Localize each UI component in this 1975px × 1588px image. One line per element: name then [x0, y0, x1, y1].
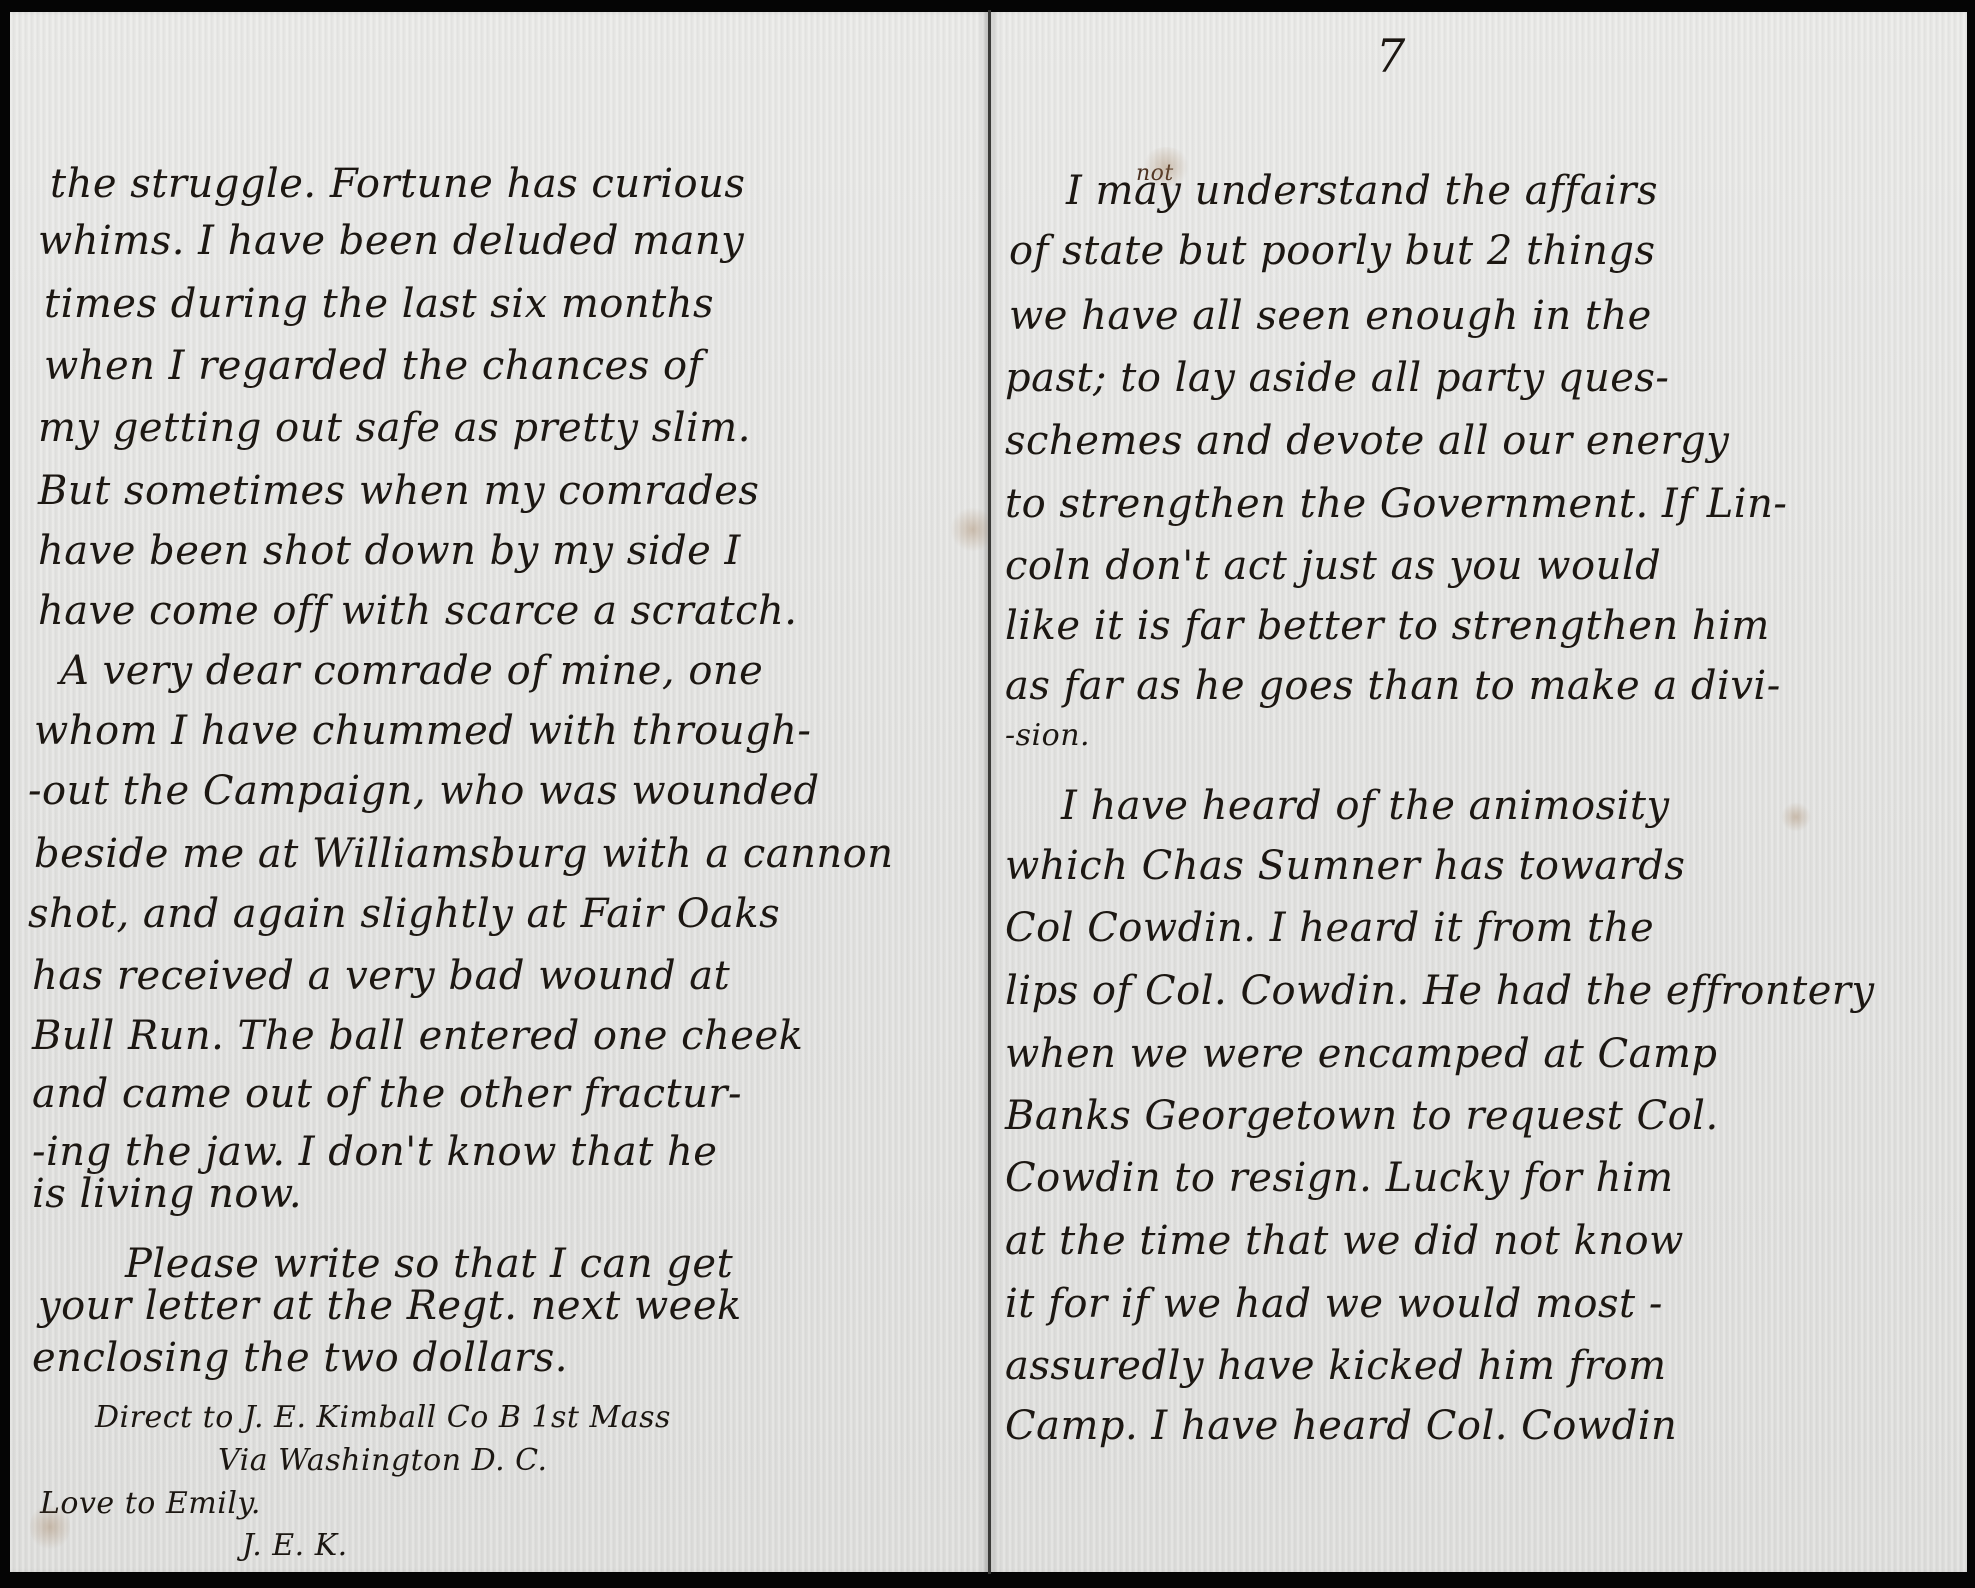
letter-line: -sion. — [1005, 712, 1090, 760]
letter-line: have come off with scarce a scratch. — [38, 587, 797, 635]
letter-line: schemes and devote all our energy — [1005, 417, 1729, 465]
letter-line: and came out of the other fractur- — [32, 1070, 742, 1118]
letter-line: we have all seen enough in the — [1009, 292, 1652, 340]
letter-line: like it is far better to strengthen him — [1005, 602, 1770, 650]
letter-line: whims. I have been deluded many — [38, 217, 744, 265]
letter-line: times during the last six months — [44, 280, 714, 328]
letter-line: -ing the jaw. I don't know that he — [32, 1128, 717, 1176]
letter-line: it for if we had we would most - — [1005, 1280, 1663, 1328]
letter-line: coln don't act just as you would — [1005, 542, 1661, 590]
return-address: Via Washington D. C. — [218, 1437, 548, 1485]
letter-line: of state but poorly but 2 things — [1009, 227, 1656, 275]
letter-line: Banks Georgetown to request Col. — [1005, 1092, 1719, 1140]
letter-line: A very dear comrade of mine, one — [60, 647, 763, 695]
letter-line: your letter at the Regt. next week — [38, 1282, 742, 1330]
letter-line: when I regarded the chances of — [44, 342, 703, 390]
letter-line: past; to lay aside all party ques- — [1005, 354, 1669, 402]
letter-line: But sometimes when my comrades — [38, 467, 759, 515]
letter-line: my getting out safe as pretty slim. — [38, 404, 751, 452]
letter-line: have been shot down by my side I — [38, 527, 741, 575]
letter-line: at the time that we did not know — [1005, 1217, 1684, 1265]
foxing-stain — [30, 1502, 70, 1552]
letter-line: Col Cowdin. I heard it from the — [1005, 904, 1654, 952]
closing-line: Love to Emily. — [40, 1480, 261, 1528]
letter-line: Bull Run. The ball entered one cheek — [32, 1012, 803, 1060]
letter-line: whom I have chummed with through- — [34, 707, 811, 755]
letter-line: assuredly have kicked him from — [1005, 1342, 1667, 1390]
foxing-stain — [1781, 802, 1811, 832]
foxing-stain — [1141, 147, 1191, 187]
letter-line: Cowdin to resign. Lucky for him — [1005, 1154, 1674, 1202]
signature-initials: J. E. K. — [242, 1522, 348, 1570]
letter-line: Camp. I have heard Col. Cowdin — [1005, 1402, 1677, 1450]
letter-line: which Chas Sumner has towards — [1005, 842, 1685, 890]
letter-line: Please write so that I can get — [125, 1240, 733, 1288]
letter-line: to strengthen the Government. If Lin- — [1005, 480, 1787, 528]
letter-line: lips of Col. Cowdin. He had the effronte… — [1005, 967, 1875, 1015]
letter-line: enclosing the two dollars. — [32, 1334, 568, 1382]
letter-line: shot, and again slightly at Fair Oaks — [28, 890, 780, 938]
left-page: the struggle. Fortune has curious whims.… — [10, 12, 988, 1572]
return-address: Direct to J. E. Kimball Co B 1st Mass — [95, 1394, 671, 1442]
letter-line: as far as he goes than to make a divi- — [1005, 662, 1781, 710]
letter-line: has received a very bad wound at — [32, 952, 730, 1000]
letter-line: beside me at Williamsburg with a cannon — [34, 830, 894, 878]
letter-line: -out the Campaign, who was wounded — [28, 767, 820, 815]
letter-line: I have heard of the animosity — [1061, 782, 1670, 830]
letter-line: when we were encamped at Camp — [1005, 1030, 1718, 1078]
letter-line: is living now. — [32, 1170, 302, 1218]
right-page: 7 not I may understand the affairs of st… — [991, 12, 1967, 1572]
letter-line: the struggle. Fortune has curious — [50, 160, 745, 208]
page-number: 7 — [1376, 32, 1406, 80]
